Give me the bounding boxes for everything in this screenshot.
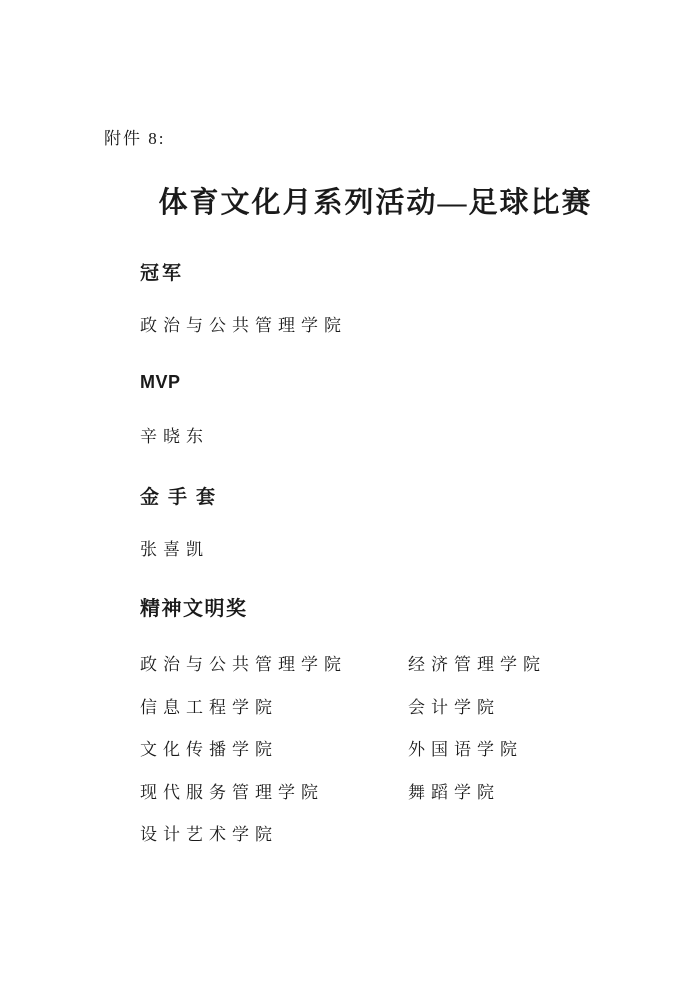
golden-glove-winner: 张喜凯 bbox=[140, 535, 209, 560]
spirit-award-row: 信息工程学院 会计学院 bbox=[140, 693, 610, 736]
spirit-award-winner: 会计学院 bbox=[408, 693, 610, 718]
spirit-award-winner-list: 政治与公共管理学院 经济管理学院 信息工程学院 会计学院 文化传播学院 外国语学… bbox=[140, 650, 610, 863]
spirit-award-winner: 经济管理学院 bbox=[408, 650, 610, 675]
spirit-award-winner: 信息工程学院 bbox=[140, 693, 408, 718]
spirit-award-winner: 现代服务管理学院 bbox=[140, 778, 408, 803]
spirit-award-row: 文化传播学院 外国语学院 bbox=[140, 735, 610, 778]
spirit-award-winner: 设计艺术学院 bbox=[140, 820, 408, 845]
document-page: 附件 8: 体育文化月系列活动—足球比赛 冠军 政治与公共管理学院 MVP 辛晓… bbox=[0, 0, 693, 988]
document-title: 体育文化月系列活动—足球比赛 bbox=[0, 180, 693, 221]
spirit-award-winner: 文化传播学院 bbox=[140, 735, 408, 760]
attachment-label: 附件 8: bbox=[104, 124, 165, 149]
golden-glove-heading: 金手套 bbox=[140, 482, 224, 509]
mvp-heading: MVP bbox=[140, 372, 181, 393]
spirit-award-winner: 舞蹈学院 bbox=[408, 778, 610, 803]
spirit-award-heading: 精神文明奖 bbox=[140, 592, 248, 621]
spirit-award-winner: 外国语学院 bbox=[408, 735, 610, 760]
champion-winner: 政治与公共管理学院 bbox=[140, 311, 347, 336]
spirit-award-row: 现代服务管理学院 舞蹈学院 bbox=[140, 778, 610, 821]
spirit-award-row: 设计艺术学院 bbox=[140, 820, 610, 863]
spirit-award-row: 政治与公共管理学院 经济管理学院 bbox=[140, 650, 610, 693]
champion-heading: 冠军 bbox=[140, 258, 184, 285]
mvp-winner: 辛晓东 bbox=[140, 422, 209, 447]
spirit-award-winner: 政治与公共管理学院 bbox=[140, 650, 408, 675]
